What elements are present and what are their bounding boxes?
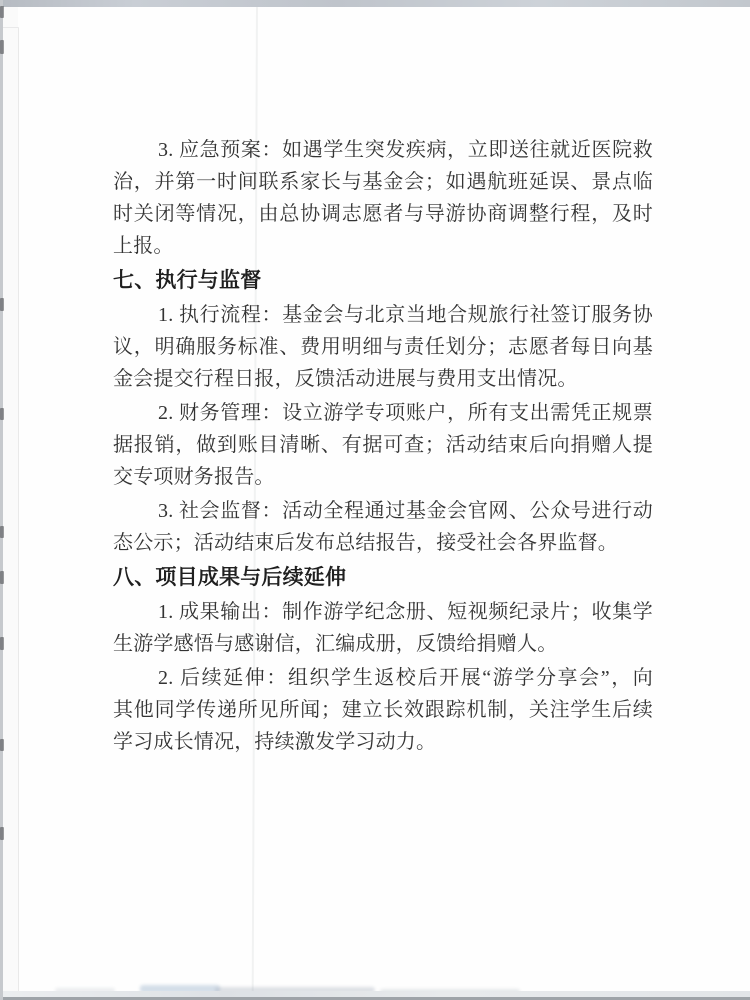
text-line: 态公示；活动结束后发布总结报告，接受社会各界监督。 <box>113 527 653 559</box>
paragraph: 3. 应急预案：如遇学生突发疾病，立即送往就近医院救治，并第一时间联系家长与基金… <box>113 134 653 262</box>
text-line: 学习成长情况，持续激发学习动力。 <box>113 726 653 758</box>
document-text: 3. 应急预案：如遇学生突发疾病，立即送往就近医院救治，并第一时间联系家长与基金… <box>113 134 653 760</box>
text-line: 据报销，做到账目清晰、有据可查；活动结束后向捐赠人提 <box>113 429 653 461</box>
text-line: 金会提交行程日报，反馈活动进展与费用支出情况。 <box>113 363 653 395</box>
text-line: 时关闭等情况，由总协调志愿者与导游协商调整行程，及时 <box>113 198 653 230</box>
paragraph: 2. 后续延伸：组织学生返校后开展“游学分享会”，向其他同学传递所见所闻；建立长… <box>113 662 653 758</box>
text-line: 其他同学传递所见所闻；建立长效跟踪机制，关注学生后续 <box>113 694 653 726</box>
paragraph: 1. 成果输出：制作游学纪念册、短视频纪录片；收集学生游学感悟与感谢信，汇编成册… <box>113 596 653 660</box>
scan-edge-mark <box>0 571 4 584</box>
paragraph: 2. 财务管理：设立游学专项账户，所有支出需凭正规票据报销，做到账目清晰、有据可… <box>113 397 653 493</box>
scan-edge-mark <box>0 40 4 54</box>
text-line: 议，明确服务标准、费用明细与责任划分；志愿者每日向基 <box>113 331 653 363</box>
text-line: 3. 应急预案：如遇学生突发疾病，立即送往就近医院救 <box>113 134 653 166</box>
text-line: 生游学感悟与感谢信，汇编成册，反馈给捐赠人。 <box>113 628 653 660</box>
paragraph: 1. 执行流程：基金会与北京当地合规旅行社签订服务协议，明确服务标准、费用明细与… <box>113 299 653 395</box>
scan-left-edge <box>0 0 3 1000</box>
scan-edge-mark <box>0 827 4 840</box>
scan-edge-mark <box>0 298 4 311</box>
text-line: 治，并第一时间联系家长与基金会；如遇航班延误、景点临 <box>113 166 653 198</box>
section-heading: 八、项目成果与后续延伸 <box>113 561 653 593</box>
text-line: 1. 成果输出：制作游学纪念册、短视频纪录片；收集学 <box>113 596 653 628</box>
text-line: 交专项财务报告。 <box>113 461 653 493</box>
text-line: 1. 执行流程：基金会与北京当地合规旅行社签订服务协 <box>113 299 653 331</box>
heading-line: 七、执行与监督 <box>113 264 653 296</box>
text-line: 3. 社会监督：活动全程通过基金会官网、公众号进行动 <box>113 495 653 527</box>
scan-edge-mark <box>0 6 4 18</box>
scan-left-gutter <box>3 7 18 1000</box>
heading-line: 八、项目成果与后续延伸 <box>113 561 653 593</box>
text-line: 上报。 <box>113 230 653 262</box>
scan-edge-mark <box>0 408 4 420</box>
scan-edge-mark <box>0 526 4 538</box>
scan-edge-mark <box>0 739 4 751</box>
paper-left-edge-line <box>18 28 19 1000</box>
paragraph: 3. 社会监督：活动全程通过基金会官网、公众号进行动态公示；活动结束后发布总结报… <box>113 495 653 559</box>
paper-top-left-corner-line <box>3 27 19 28</box>
section-heading: 七、执行与监督 <box>113 264 653 296</box>
scan-top-edge-shadow <box>0 0 750 7</box>
text-line: 2. 后续延伸：组织学生返校后开展“游学分享会”，向 <box>113 662 653 694</box>
scan-edge-mark <box>0 637 4 650</box>
text-line: 2. 财务管理：设立游学专项账户，所有支出需凭正规票 <box>113 397 653 429</box>
scanned-document-page: 3. 应急预案：如遇学生突发疾病，立即送往就近医院救治，并第一时间联系家长与基金… <box>0 0 750 1000</box>
